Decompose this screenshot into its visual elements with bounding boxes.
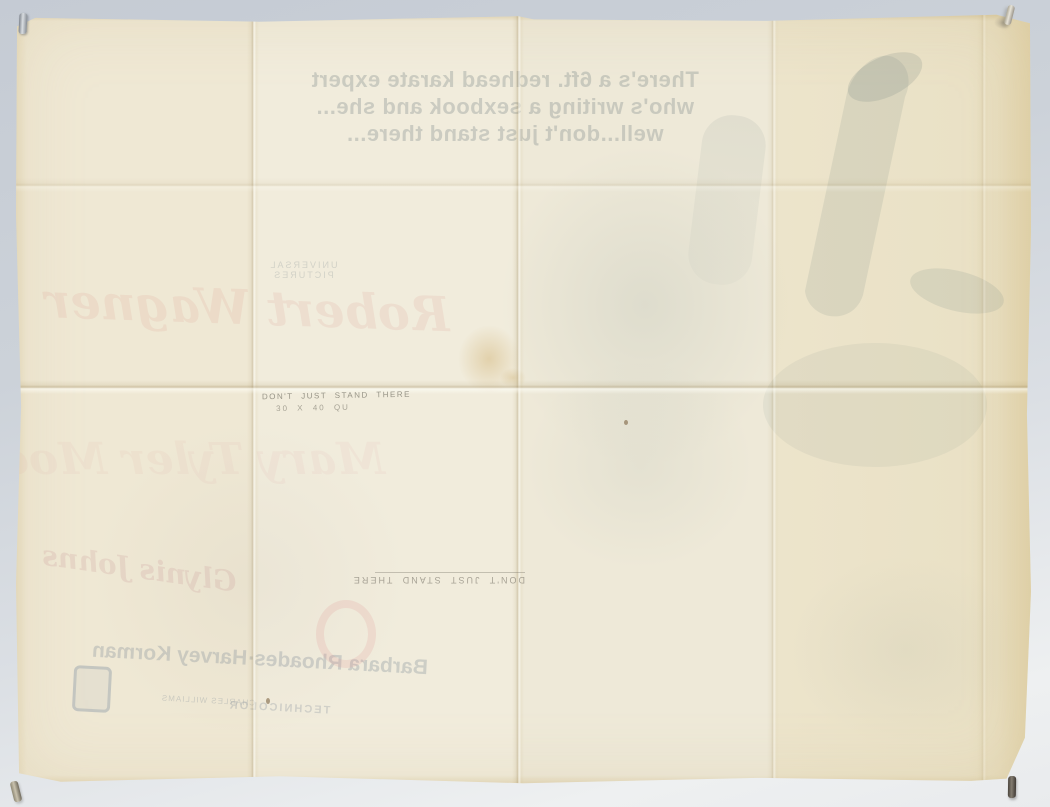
pencil-note-line-2: 30 X 40 QU (276, 402, 411, 413)
ghost-tagline-line-3: well...don't just stand there... (250, 120, 760, 147)
ghost-studio-line-mirrored: UNIVERSAL PICTURES (243, 260, 363, 280)
ghost-certificate-box (72, 665, 112, 713)
poster-sheet-back: There's a 6ft. redhead karate expert who… (15, 14, 1032, 784)
fold-crease-vertical-2 (512, 14, 524, 784)
push-pin-bottom-right (1008, 776, 1016, 798)
ghost-pink-ring-logo (316, 600, 376, 668)
ghost-tagline-line-1: There's a 6ft. redhead karate expert (250, 66, 760, 93)
ghost-script-name-1-mirrored: Robert Wagner (149, 277, 451, 343)
fold-crease-horizontal-main (15, 380, 1032, 394)
fold-crease-vertical-3 (767, 14, 779, 784)
pencil-note-reversed: DON'T JUST STAND THERE (375, 572, 525, 585)
push-pin-bottom-left (10, 780, 23, 802)
ghost-tagline-mirrored: There's a 6ft. redhead karate expert who… (250, 66, 760, 147)
ghost-tagline-line-2: who's writing a sexbook and she... (250, 93, 760, 120)
fold-crease-horizontal-upper (15, 178, 1032, 192)
pencil-note-line-1: DON'T JUST STAND THERE (262, 390, 411, 402)
push-pin-top-left (18, 13, 27, 34)
paper-speck-2 (266, 698, 270, 704)
fold-crease-vertical-1 (247, 14, 259, 784)
paper-speck-1 (624, 420, 628, 425)
photo-scene: There's a 6ft. redhead karate expert who… (0, 0, 1050, 807)
pencil-note: DON'T JUST STAND THERE 30 X 40 QU (262, 390, 411, 414)
ghost-script-name-2-mirrored: Mary Tyler Moore (75, 434, 385, 485)
fold-crease-vertical-right-edge (977, 14, 989, 784)
